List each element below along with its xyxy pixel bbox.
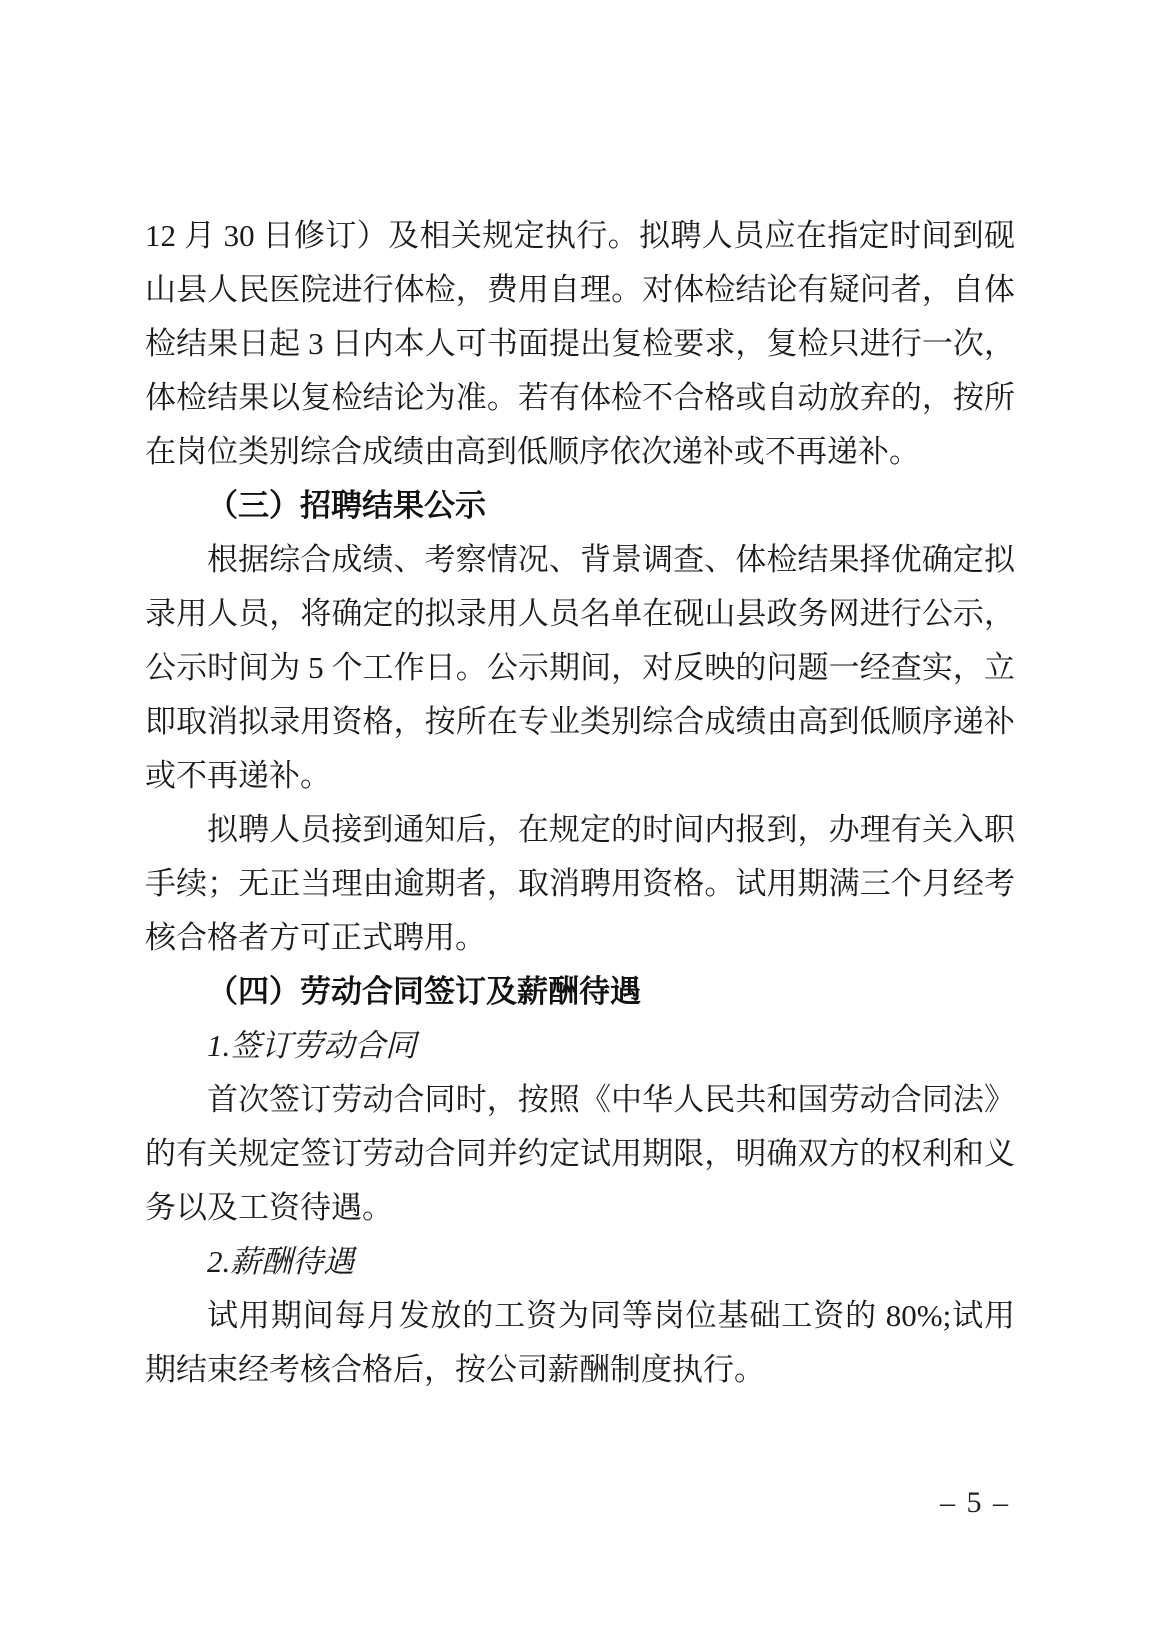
page-number: – 5 – [940,1488,1010,1518]
document-body: 12 月 30 日修订）及相关规定执行。拟聘人员应在指定时间到砚山县人民医院进行… [145,209,1015,1397]
document-page: 12 月 30 日修订）及相关规定执行。拟聘人员应在指定时间到砚山县人民医院进行… [0,0,1160,1640]
paragraph-medical-exam-continuation: 12 月 30 日修订）及相关规定执行。拟聘人员应在指定时间到砚山县人民医院进行… [145,209,1015,479]
heading-section-3-recruitment-result-publicity: （三）招聘结果公示 [145,479,1015,533]
subheading-1-sign-labor-contract: 1.签订劳动合同 [145,1019,1015,1073]
paragraph-probation-salary: 试用期间每月发放的工资为同等岗位基础工资的 80%;试用期结束经考核合格后，按公… [145,1289,1015,1397]
paragraph-first-labor-contract: 首次签订劳动合同时，按照《中华人民共和国劳动合同法》的有关规定签订劳动合同并约定… [145,1073,1015,1235]
paragraph-onboarding-deadline: 拟聘人员接到通知后，在规定的时间内报到，办理有关入职手续；无正当理由逾期者，取消… [145,803,1015,965]
heading-section-4-contract-and-salary: （四）劳动合同签订及薪酬待遇 [145,965,1015,1019]
paragraph-publicity-procedure: 根据综合成绩、考察情况、背景调查、体检结果择优确定拟录用人员，将确定的拟录用人员… [145,533,1015,803]
subheading-2-salary-treatment: 2.薪酬待遇 [145,1235,1015,1289]
